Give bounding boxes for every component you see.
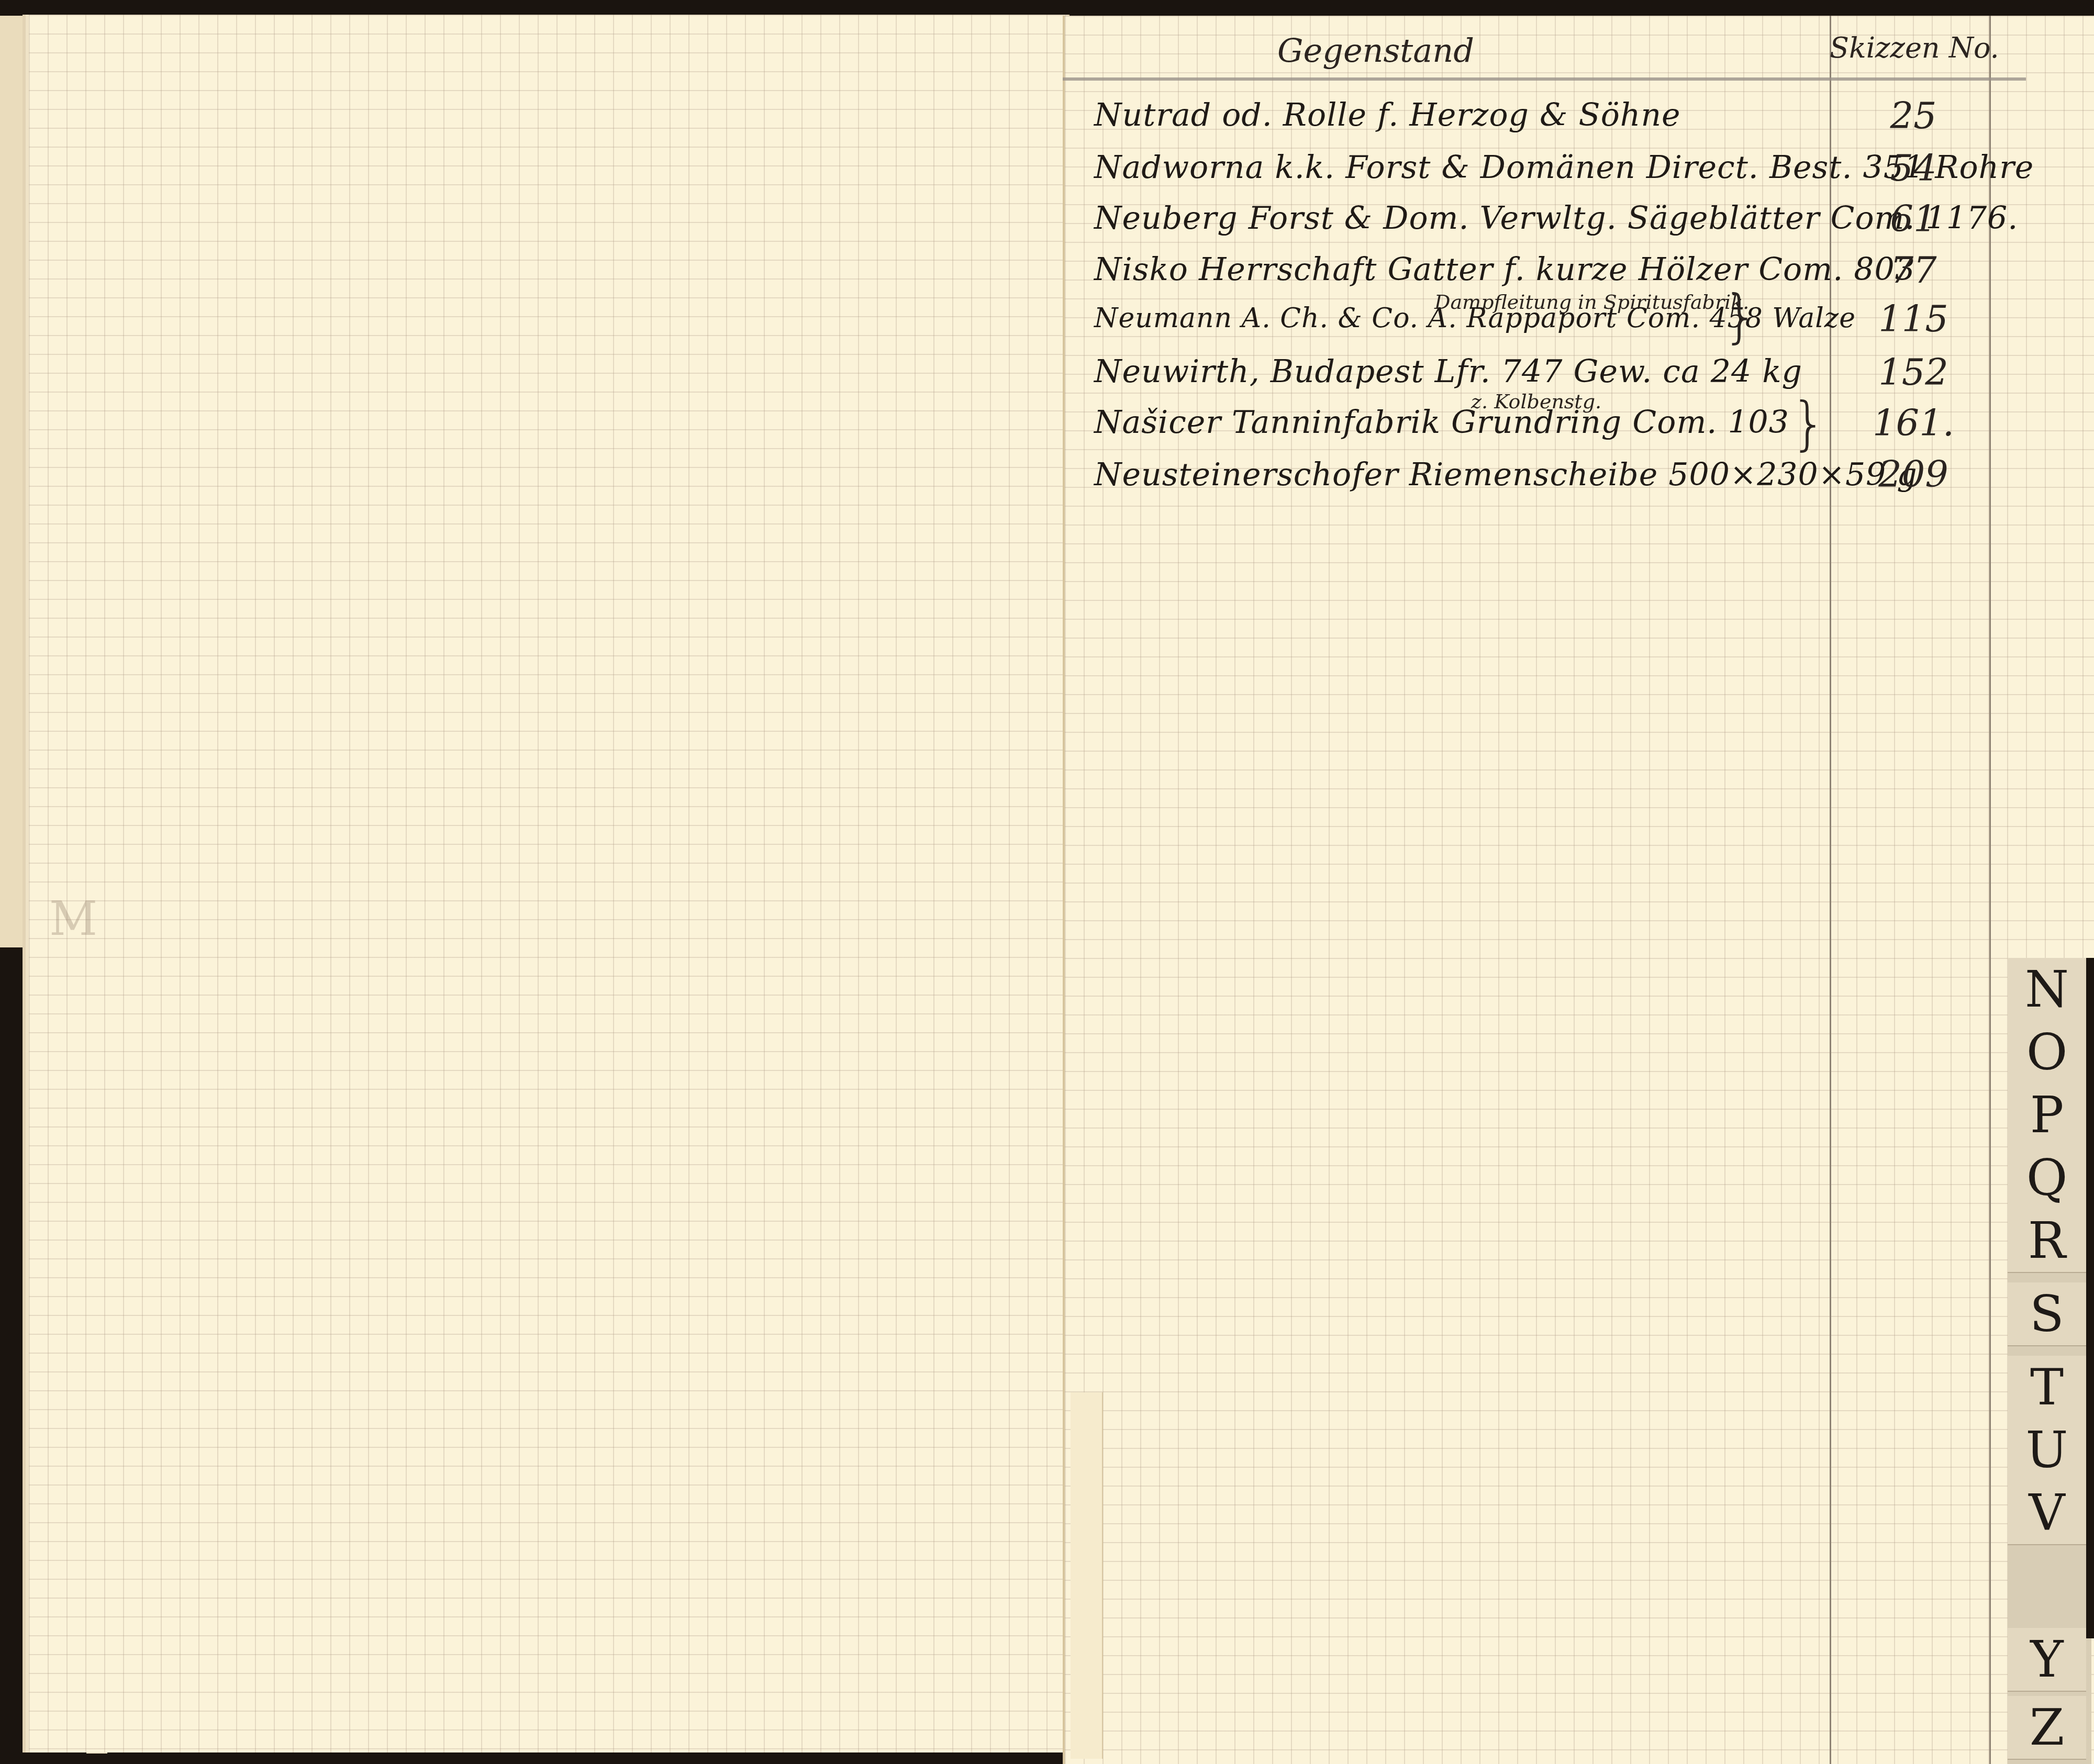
index-tab-m[interactable]: M [31,890,115,947]
index-tab-o[interactable]: O [2008,1021,2086,1085]
index-tab-u[interactable]: U [2008,1419,2086,1482]
index-tab-r[interactable]: R [2008,1209,2086,1273]
index-tab-n[interactable]: N [2008,958,2086,1022]
page-stack-edge [0,16,31,947]
index-tab-s[interactable]: S [2008,1282,2086,1346]
ink-show-through [173,47,1063,518]
column-header-sketch-no: Skizzen No. [1830,31,1999,64]
brace: } [1790,390,1827,457]
index-tab-y[interactable]: Y [2008,1628,2086,1692]
entry-text: Našicer Tanninfabrik Grundring Com. 103 [1094,404,1789,441]
entry-sketch-no: 77 [1835,249,1992,292]
entry-sketch-no: 115 [1835,297,1992,340]
page-flap [1071,1392,1103,1759]
entry-text: Nisko Herrschaft Gatter f. kurze Hölzer … [1094,251,1915,288]
entry-text: Nutrad od. Rolle f. Herzog & Söhne [1094,97,1681,133]
entry-sketch-no: 25 [1835,94,1992,137]
index-tab-z[interactable]: Z [2008,1696,2086,1760]
entry-text: Neuwirth, Budapest Lfr. 747 Gew. ca 24 k… [1094,353,1802,390]
entry-sketch-no: 61 [1835,197,1992,240]
entry-sketch-no: 161. [1835,401,1992,444]
header-rule [1063,77,2026,81]
index-tab-t[interactable]: T [2008,1356,2086,1420]
index-tab-p[interactable]: P [2008,1084,2086,1147]
entry-sketch-no: 54 [1835,147,1992,189]
entry-sketch-no: 152 [1835,351,1992,394]
index-tab-q[interactable]: Q [2008,1146,2086,1210]
column-header-subject: Gegenstand [1277,31,1474,70]
entry-sketch-no: 209 [1835,453,1992,496]
background-edge [2086,958,2094,1638]
index-tab-v[interactable]: V [2008,1481,2086,1545]
brace: } [1722,283,1759,350]
entry-text: Neusteinerschofer Riemenscheibe 500×230×… [1094,456,1918,493]
